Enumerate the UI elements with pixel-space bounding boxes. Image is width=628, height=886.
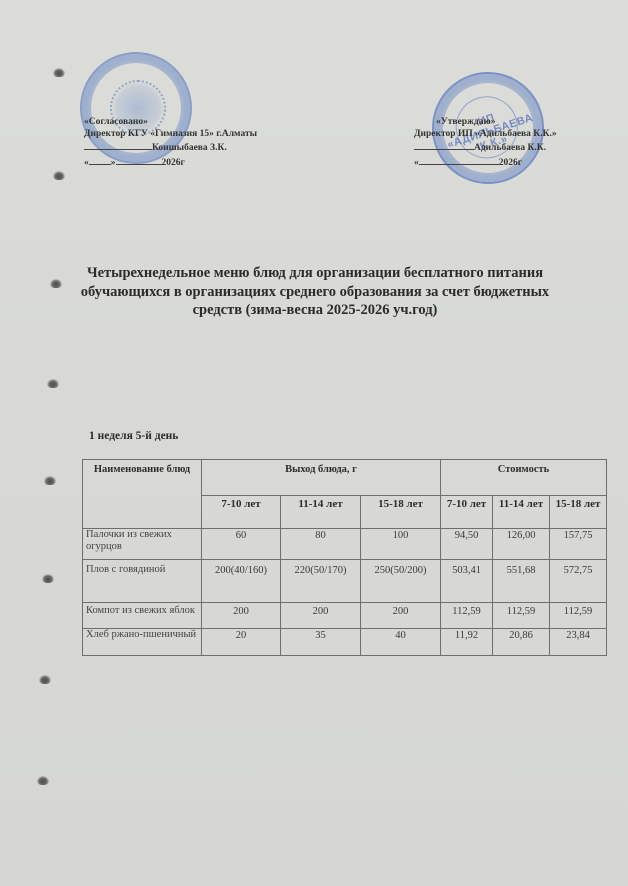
output-cell: 80 bbox=[281, 529, 361, 560]
punch-hole bbox=[37, 776, 49, 785]
output-cell: 40 bbox=[361, 629, 441, 656]
output-cell: 200 bbox=[361, 603, 441, 629]
document-title: Четырехнедельное меню блюд для организац… bbox=[60, 264, 570, 320]
approval-position: Директор КГУ «Гимназия 15» г.Алматы bbox=[84, 129, 257, 141]
dish-name: Плов с говядиной bbox=[83, 560, 202, 603]
week-day-label: 1 неделя 5-й день bbox=[89, 430, 178, 442]
menu-table: Наименование блюд Выход блюда, г Стоимос… bbox=[82, 459, 607, 656]
header-output-age: 11-14 лет bbox=[281, 496, 361, 529]
punch-hole bbox=[44, 476, 56, 485]
output-cell: 250(50/200) bbox=[361, 560, 441, 603]
table-row: Палочки из свежих огурцов 60 80 100 94,5… bbox=[83, 529, 607, 560]
output-cell: 60 bbox=[202, 529, 281, 560]
cost-cell: 112,59 bbox=[441, 603, 493, 629]
cost-cell: 112,59 bbox=[493, 603, 550, 629]
dish-name: Хлеб ржано-пшеничный bbox=[83, 629, 202, 656]
output-cell: 200 bbox=[202, 603, 281, 629]
approval-position: Директор ИП «Адильбаева К.К.» bbox=[414, 129, 557, 141]
cost-cell: 94,50 bbox=[441, 529, 493, 560]
header-dish-name: Наименование блюд bbox=[83, 460, 202, 529]
cost-cell: 157,75 bbox=[550, 529, 607, 560]
table-row: Плов с говядиной 200(40/160) 220(50/170)… bbox=[83, 560, 607, 603]
approval-year: 2026г bbox=[499, 158, 522, 168]
header-cost-age: 11-14 лет bbox=[493, 496, 550, 529]
output-cell: 220(50/170) bbox=[281, 560, 361, 603]
approval-heading: «Утверждаю» bbox=[414, 117, 557, 129]
approval-signature-line: Коишыбаева З.К. bbox=[84, 140, 257, 155]
header-cost: Стоимость bbox=[441, 460, 607, 496]
cost-cell: 23,84 bbox=[550, 629, 607, 656]
cost-cell: 551,68 bbox=[493, 560, 550, 603]
dish-name: Палочки из свежих огурцов bbox=[83, 529, 202, 560]
punch-hole bbox=[39, 675, 51, 684]
approval-block-agreed: «Согласовано» Директор КГУ «Гимназия 15»… bbox=[84, 117, 257, 169]
punch-hole bbox=[53, 171, 65, 180]
table-row: Хлеб ржано-пшеничный 20 35 40 11,92 20,8… bbox=[83, 629, 607, 656]
output-cell: 200(40/160) bbox=[202, 560, 281, 603]
cost-cell: 11,92 bbox=[441, 629, 493, 656]
approval-name: Адильбаева К.К. bbox=[474, 143, 546, 153]
header-output: Выход блюда, г bbox=[202, 460, 441, 496]
output-cell: 35 bbox=[281, 629, 361, 656]
cost-cell: 112,59 bbox=[550, 603, 607, 629]
header-cost-age: 7-10 лет bbox=[441, 496, 493, 529]
punch-hole bbox=[42, 574, 54, 583]
punch-hole bbox=[53, 68, 65, 77]
cost-cell: 572,75 bbox=[550, 560, 607, 603]
header-cost-age: 15-18 лет bbox=[550, 496, 607, 529]
approval-name: Коишыбаева З.К. bbox=[152, 143, 227, 153]
cost-cell: 503,41 bbox=[441, 560, 493, 603]
table-row: Компот из свежих яблок 200 200 200 112,5… bbox=[83, 603, 607, 629]
approval-date-line: «2026г bbox=[414, 155, 557, 170]
approval-block-approved: «Утверждаю» Директор ИП «Адильбаева К.К.… bbox=[414, 117, 557, 169]
approval-date-line: «»2026г bbox=[84, 155, 257, 170]
dish-name: Компот из свежих яблок bbox=[83, 603, 202, 629]
output-cell: 100 bbox=[361, 529, 441, 560]
header-output-age: 7-10 лет bbox=[202, 496, 281, 529]
header-output-age: 15-18 лет bbox=[361, 496, 441, 529]
output-cell: 20 bbox=[202, 629, 281, 656]
cost-cell: 126,00 bbox=[493, 529, 550, 560]
approval-heading: «Согласовано» bbox=[84, 117, 257, 129]
output-cell: 200 bbox=[281, 603, 361, 629]
cost-cell: 20,86 bbox=[493, 629, 550, 656]
approval-signature-line: Адильбаева К.К. bbox=[414, 140, 557, 155]
approval-year: 2026г bbox=[162, 158, 185, 168]
punch-hole bbox=[47, 379, 59, 388]
scanned-page: ИП «АДИЛЬБАЕВА К.К.» «Согласовано» Дирек… bbox=[0, 0, 628, 886]
